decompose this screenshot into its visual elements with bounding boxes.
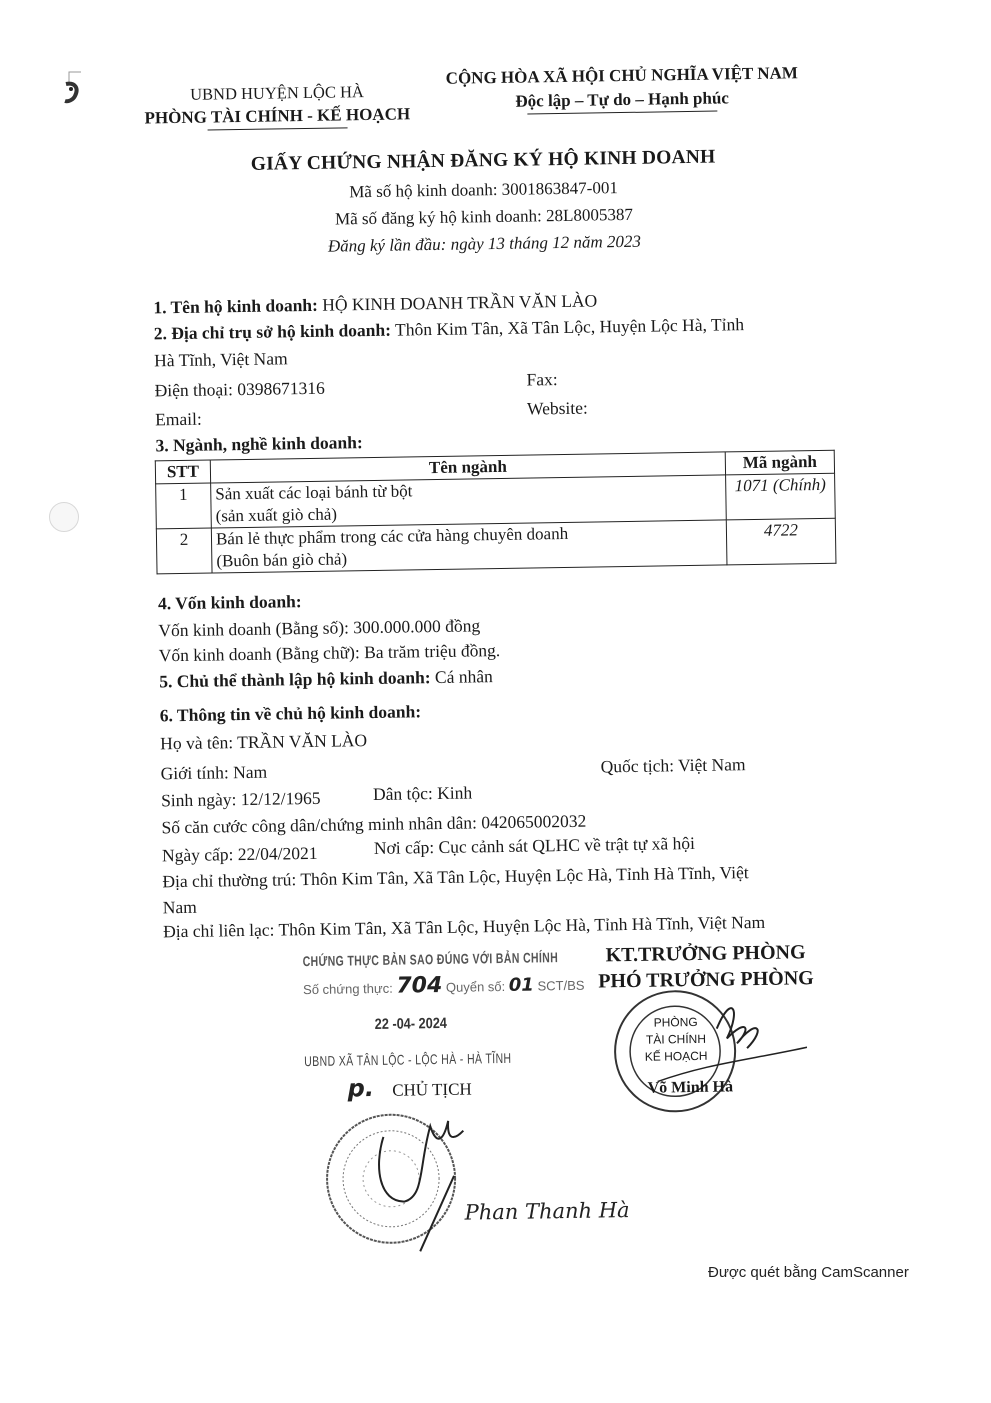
owner-permanent-address: Địa chỉ thường trú: Thôn Kim Tân, Xã Tân… <box>162 862 749 892</box>
certification-number-line: Số chứng thực: 704 Quyển số: 01 SCT/BS <box>303 971 585 1000</box>
document-page: UBND HUYỆN LỘC HÀ PHÒNG TÀI CHÍNH - KẾ H… <box>0 0 991 1403</box>
certification-date: 22 -04- 2024 <box>375 1015 448 1033</box>
registration-code: Mã số đăng ký hộ kinh doanh: 28L8005387 <box>224 203 744 231</box>
owner-id-number: Số căn cước công dân/chứng minh nhân dân… <box>161 811 586 839</box>
business-address: 2. Địa chỉ trụ sở hộ kinh doanh: Thôn Ki… <box>154 314 745 344</box>
founder-type-value: Cá nhân <box>435 666 493 687</box>
owner-contact-address: Địa chỉ liên lạc: Thôn Kim Tân, Xã Tân L… <box>163 912 765 942</box>
owner-id-issue-date: Ngày cấp: 22/04/2021 <box>162 843 318 866</box>
industry-table: STT Tên ngành Mã ngành 1 Sản xuất các lo… <box>155 450 837 575</box>
official-signer-name: Võ Minh Hà <box>648 1078 734 1097</box>
capital-words: Vốn kinh doanh (Bằng chữ): Ba trăm triệu… <box>159 640 501 666</box>
website: Website: <box>527 398 588 420</box>
certification-heading: CHỨNG THỰC BẢN SAO ĐÚNG VỚI BẢN CHÍNH <box>303 949 559 969</box>
owner-gender: Giới tính: Nam <box>161 762 268 785</box>
document-title: GIẤY CHỨNG NHẬN ĐĂNG KÝ HỘ KINH DOANH <box>223 146 743 176</box>
business-name: 1. Tên hộ kinh doanh: HỘ KINH DOANH TRẦN… <box>153 290 597 318</box>
issuing-authority: UBND HUYỆN LỘC HÀ PHÒNG TÀI CHÍNH - KẾ H… <box>142 79 413 131</box>
business-name-value: HỘ KINH DOANH TRẦN VĂN LÀO <box>322 290 597 314</box>
seal-text: PHÒNG TÀI CHÍNH KẾ HOẠCH <box>631 1014 722 1066</box>
industry-code: 4722 <box>726 518 836 565</box>
owner-permanent-address-cont: Nam <box>163 897 197 919</box>
col-stt: STT <box>155 460 210 484</box>
phone: Điện thoại: 0398671316 <box>155 378 325 402</box>
owner-ethnicity: Dân tộc: Kinh <box>373 782 472 805</box>
founder-type: 5. Chủ thể thành lập hộ kinh doanh: Cá n… <box>159 666 493 692</box>
signature-title: KT.TRƯỞNG PHÒNG <box>575 941 835 968</box>
camscanner-watermark: Được quét bằng CamScanner <box>708 1264 909 1281</box>
capital-number: Vốn kinh doanh (Bằng số): 300.000.000 đồ… <box>158 615 480 641</box>
certifier-name: Phan Thanh Hà <box>464 1198 629 1225</box>
certification-role: p. CHỦ TỊCH <box>347 1073 471 1103</box>
capital-section-title: 4. Vốn kinh doanh: <box>158 591 302 614</box>
national-motto: CỘNG HÒA XÃ HỘI CHỦ NGHĨA VIỆT NAM Độc l… <box>437 61 808 116</box>
owner-dob: Sinh ngày: 12/12/1965 <box>161 788 321 812</box>
owner-id-issue-place: Nơi cấp: Cục cảnh sát QLHC về trật tự xã… <box>374 833 695 859</box>
business-address-cont: Hà Tĩnh, Việt Nam <box>154 348 288 371</box>
industry-section-title: 3. Ngành, nghề kinh doanh: <box>155 432 362 456</box>
industry-code: 1071 (Chính) <box>726 473 836 520</box>
certification-number: 704 <box>396 973 442 999</box>
owner-nationality: Quốc tịch: Việt Nam <box>600 754 745 777</box>
certification-book: 01 <box>509 975 534 996</box>
department-name: PHÒNG TÀI CHÍNH - KẾ HOẠCH <box>142 102 412 129</box>
certification-authority: UBND XÃ TÂN LỘC - LỘC HÀ - HÀ TĨNH <box>304 1050 511 1069</box>
first-registration-date: Đăng ký lần đầu: ngày 13 tháng 12 năm 20… <box>224 230 744 258</box>
business-address-value: Thôn Kim Tân, Xã Tân Lộc, Huyện Lộc Hà, … <box>395 314 744 339</box>
col-code: Mã ngành <box>725 450 834 475</box>
business-code: Mã số hộ kinh doanh: 3001863847-001 <box>223 176 743 204</box>
email: Email: <box>155 409 202 431</box>
owner-name: Họ và tên: TRẦN VĂN LÀO <box>160 730 367 754</box>
commune-seal-icon <box>318 1105 520 1258</box>
owner-section-title: 6. Thông tin về chủ hộ kinh doanh: <box>160 701 422 726</box>
fax: Fax: <box>526 369 557 390</box>
